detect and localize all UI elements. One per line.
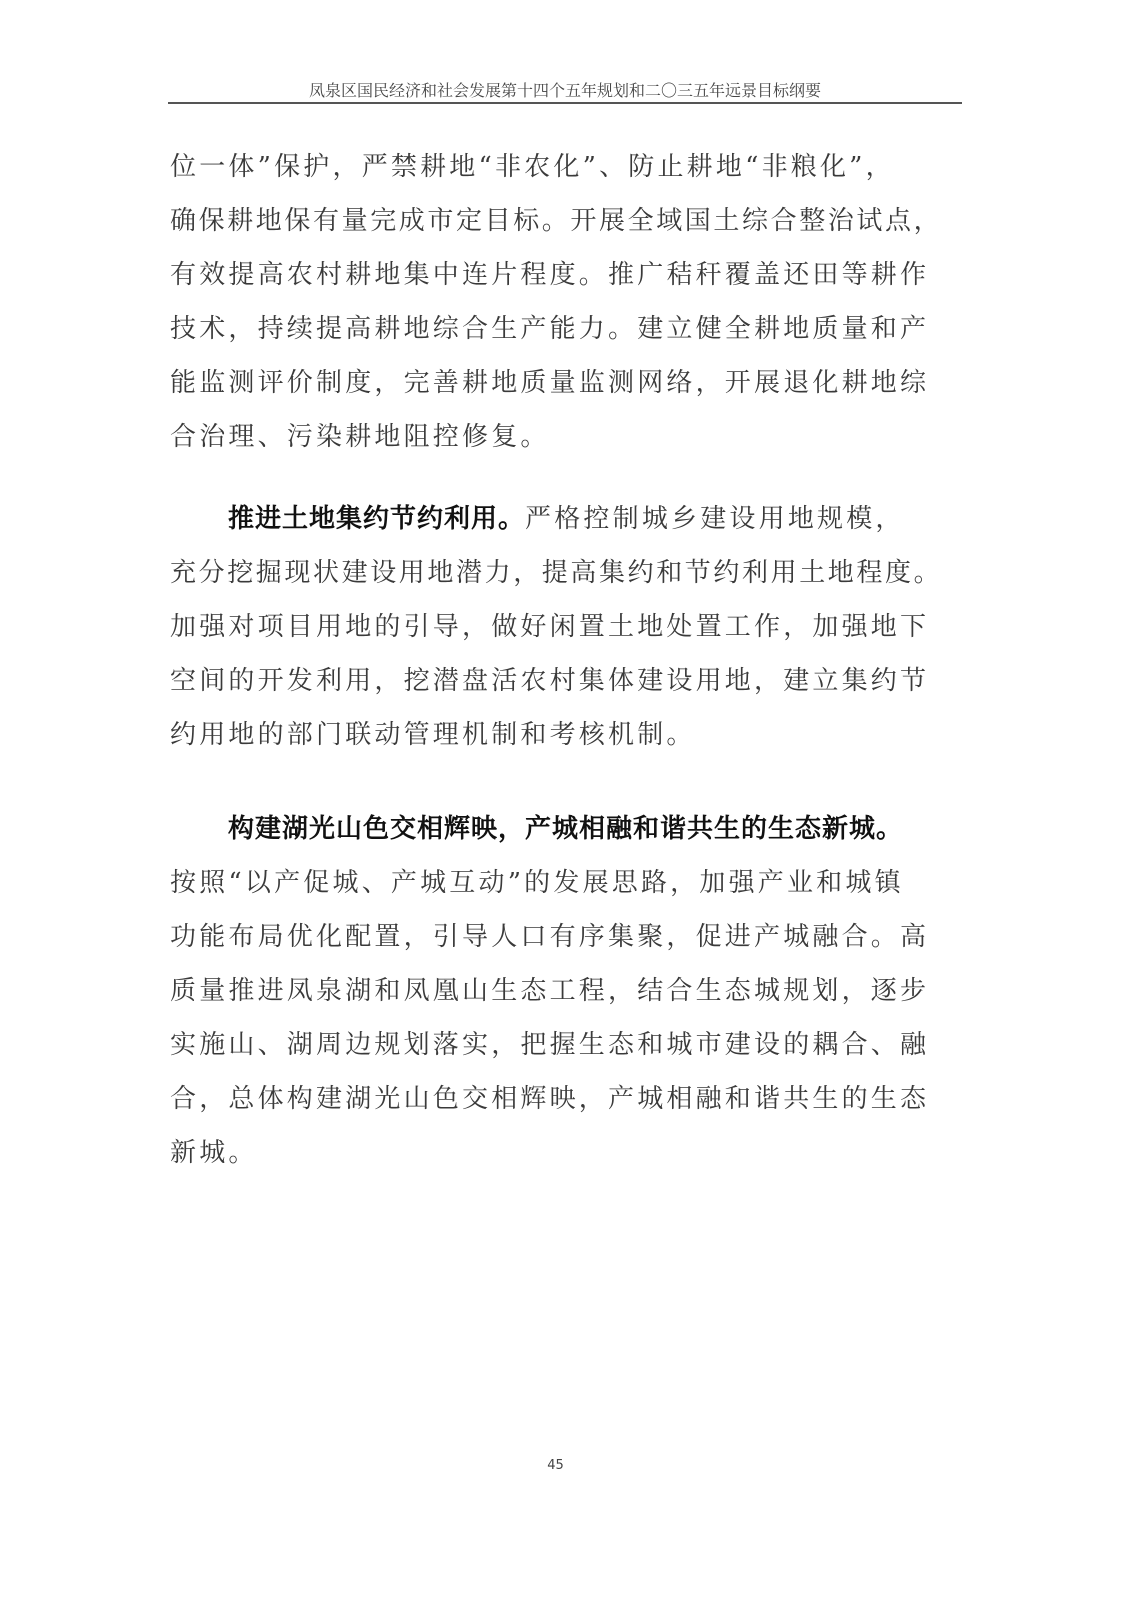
text-line: 实施山、湖周边规划落实，把握生态和城市建设的耦合、融 bbox=[170, 1018, 970, 1072]
header-divider bbox=[168, 102, 962, 104]
text-line: 有效提高农村耕地集中连片程度。推广秸秆覆盖还田等耕作 bbox=[170, 248, 970, 302]
section-heading: 构建湖光山色交相辉映，产城相融和谐共生的生态新城。 bbox=[170, 802, 970, 856]
text-line: 合，总体构建湖光山色交相辉映，产城相融和谐共生的生态 bbox=[170, 1072, 970, 1126]
page-number: 45 bbox=[0, 1458, 1111, 1473]
paragraph-farmland-protection: 位一体”保护，严禁耕地“非农化”、防止耕地“非粮化”， 确保耕地保有量完成市定目… bbox=[170, 140, 970, 464]
text-line: 合治理、污染耕地阻控修复。 bbox=[170, 410, 970, 464]
text-line: 功能布局优化配置，引导人口有序集聚，促进产城融合。高 bbox=[170, 910, 970, 964]
text-line: 质量推进凤泉湖和凤凰山生态工程，结合生态城规划，逐步 bbox=[170, 964, 970, 1018]
document-header-title: 凤泉区国民经济和社会发展第十四个五年规划和二〇三五年远景目标纲要 bbox=[168, 78, 962, 101]
paragraph-land-intensive-use: 推进土地集约节约利用。严格控制城乡建设用地规模， 充分挖掘现状建设用地潜力，提高… bbox=[170, 492, 970, 762]
paragraph-lead-heading: 推进土地集约节约利用。 bbox=[228, 504, 525, 534]
section-heading-text: 构建湖光山色交相辉映，产城相融和谐共生的生态新城。 bbox=[228, 814, 903, 844]
text-line: 能监测评价制度，完善耕地质量监测网络，开展退化耕地综 bbox=[170, 356, 970, 410]
text-line: 加强对项目用地的引导，做好闲置土地处置工作，加强地下 bbox=[170, 600, 970, 654]
text-line: 技术，持续提高耕地综合生产能力。建立健全耕地质量和产 bbox=[170, 302, 970, 356]
document-body: 位一体”保护，严禁耕地“非农化”、防止耕地“非粮化”， 确保耕地保有量完成市定目… bbox=[170, 140, 970, 1180]
text-line-rest: 严格控制城乡建设用地规模， bbox=[525, 504, 905, 534]
text-line: 确保耕地保有量完成市定目标。开展全域国土综合整治试点， bbox=[170, 194, 970, 248]
text-line: 推进土地集约节约利用。严格控制城乡建设用地规模， bbox=[170, 492, 970, 546]
paragraph-eco-new-city: 构建湖光山色交相辉映，产城相融和谐共生的生态新城。 按照“以产促城、产城互动”的… bbox=[170, 802, 970, 1180]
text-line: 充分挖掘现状建设用地潜力，提高集约和节约利用土地程度。 bbox=[170, 546, 970, 600]
text-line: 位一体”保护，严禁耕地“非农化”、防止耕地“非粮化”， bbox=[170, 140, 970, 194]
text-line: 空间的开发利用，挖潜盘活农村集体建设用地，建立集约节 bbox=[170, 654, 970, 708]
text-line: 按照“以产促城、产城互动”的发展思路，加强产业和城镇 bbox=[170, 856, 970, 910]
text-line: 约用地的部门联动管理机制和考核机制。 bbox=[170, 708, 970, 762]
text-line: 新城。 bbox=[170, 1126, 970, 1180]
